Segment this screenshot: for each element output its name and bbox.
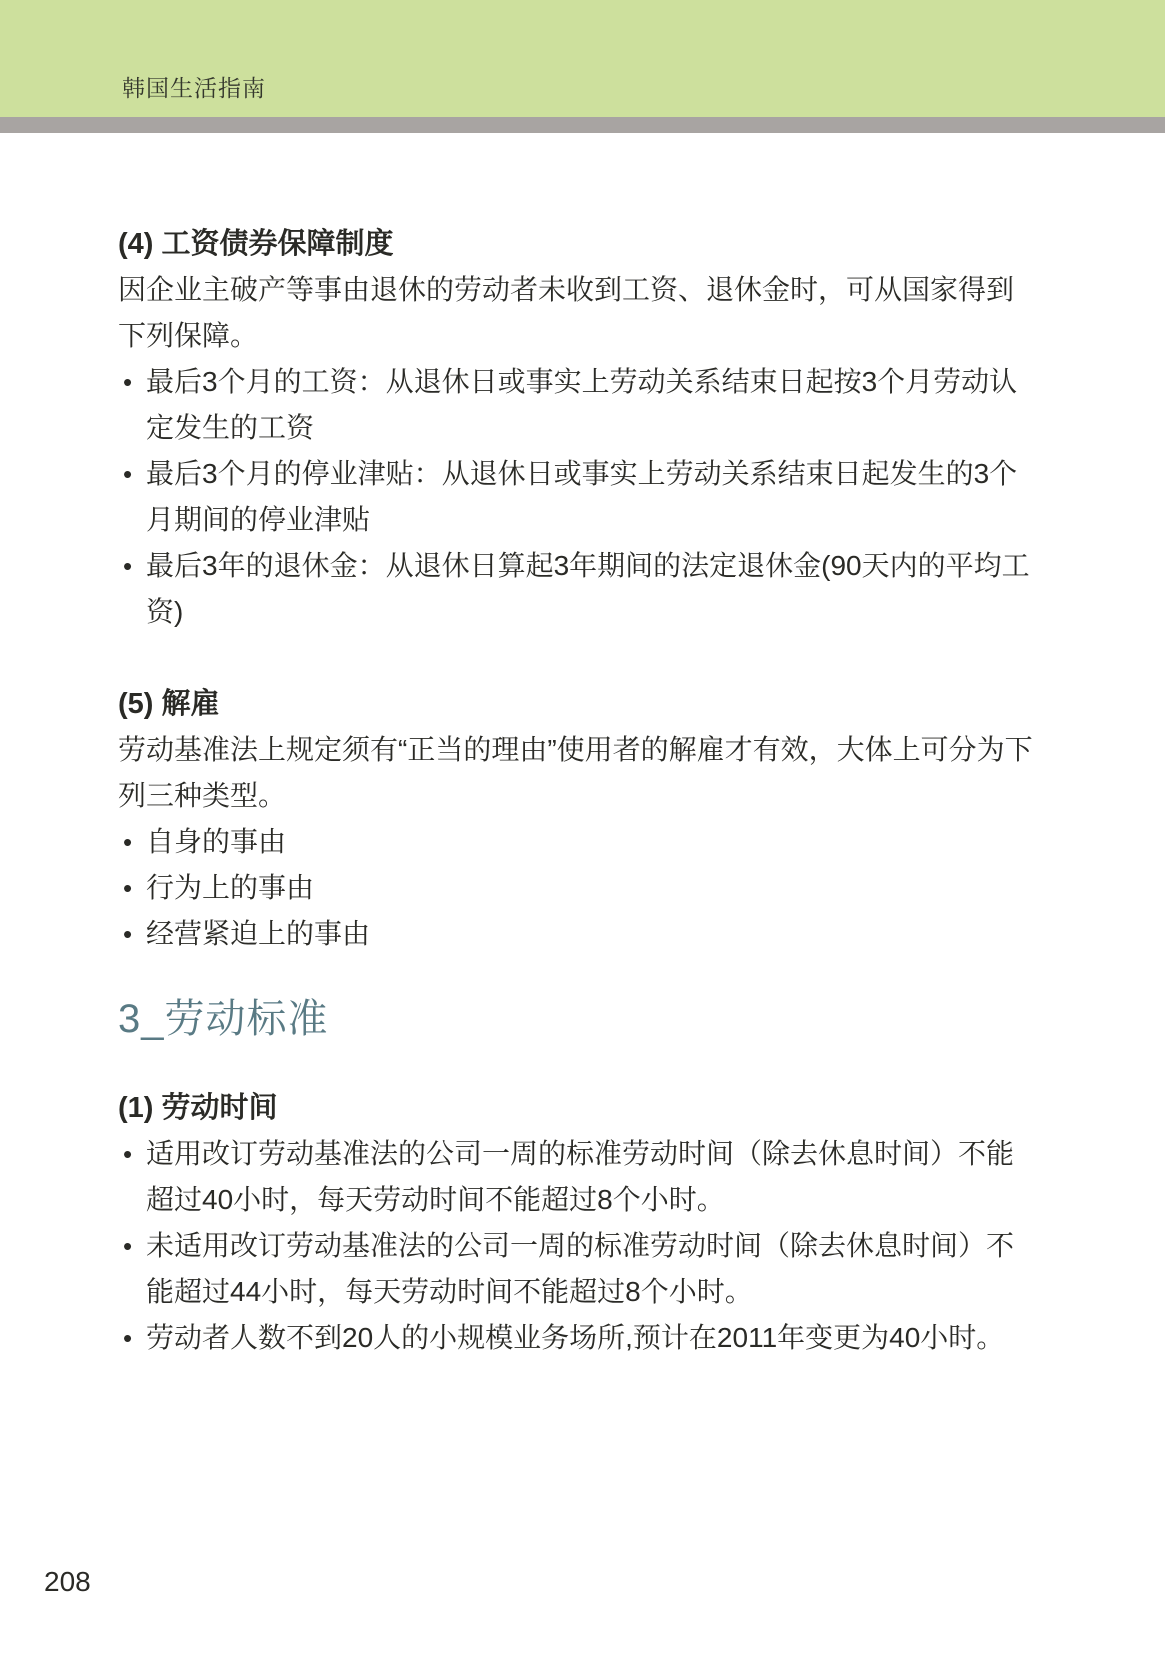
- bullet-dot: •: [123, 865, 132, 911]
- header-divider-bar: [0, 117, 1165, 133]
- chapter-heading-labor-standard: 3_劳动标准: [118, 993, 1038, 1045]
- bullet-text: 最后3个月的工资：从退休日或事实上劳动关系结束日起按3个月劳动认定发生的工资: [146, 366, 1017, 443]
- list-item: • 自身的事由: [118, 819, 1038, 865]
- running-header-title: 韩国生活指南: [122, 77, 266, 100]
- section-heading-dismissal: (5) 解雇: [118, 681, 1038, 727]
- bullet-dot: •: [123, 451, 132, 497]
- section-wage-claim-guarantee: (4) 工资债券保障制度 因企业主破产等事由退休的劳动者未收到工资、退休金时，可…: [118, 221, 1038, 635]
- bullet-dot: •: [123, 1315, 132, 1361]
- list-item: • 劳动者人数不到20人的小规模业务场所,预计在2011年变更为40小时。: [118, 1315, 1038, 1361]
- section-intro-dismissal: 劳动基准法上规定须有“正当的理由”使用者的解雇才有效，大体上可分为下列三种类型。: [118, 727, 1038, 819]
- list-item: • 最后3个月的停业津贴：从退休日或事实上劳动关系结束日起发生的3个月期间的停业…: [118, 451, 1038, 543]
- bullet-dot: •: [123, 1223, 132, 1269]
- bullet-text: 自身的事由: [146, 826, 286, 857]
- section-heading-wage-claim: (4) 工资债券保障制度: [118, 221, 1038, 267]
- list-item: • 行为上的事由: [118, 865, 1038, 911]
- bullet-text: 经营紧迫上的事由: [146, 918, 370, 949]
- bullet-dot: •: [123, 1131, 132, 1177]
- document-page: 韩国生活指南 (4) 工资债券保障制度 因企业主破产等事由退休的劳动者未收到工资…: [0, 0, 1165, 1361]
- bullet-text: 行为上的事由: [146, 872, 314, 903]
- section-intro-wage-claim: 因企业主破产等事由退休的劳动者未收到工资、退休金时，可从国家得到下列保障。: [118, 267, 1038, 359]
- section-heading-working-hours: (1) 劳动时间: [118, 1085, 1038, 1131]
- section-dismissal: (5) 解雇 劳动基准法上规定须有“正当的理由”使用者的解雇才有效，大体上可分为…: [118, 681, 1038, 957]
- page-body: (4) 工资债券保障制度 因企业主破产等事由退休的劳动者未收到工资、退休金时，可…: [0, 133, 1165, 1361]
- page-number: 208: [44, 1566, 91, 1597]
- list-item: • 适用改订劳动基准法的公司一周的标准劳动时间（除去休息时间）不能超过40小时，…: [118, 1131, 1038, 1223]
- list-item: • 最后3个月的工资：从退休日或事实上劳动关系结束日起按3个月劳动认定发生的工资: [118, 359, 1038, 451]
- bullet-text: 劳动者人数不到20人的小规模业务场所,预计在2011年变更为40小时。: [146, 1322, 1004, 1353]
- bullet-text: 适用改订劳动基准法的公司一周的标准劳动时间（除去休息时间）不能超过40小时，每天…: [146, 1138, 1014, 1215]
- section-working-hours: (1) 劳动时间 • 适用改订劳动基准法的公司一周的标准劳动时间（除去休息时间）…: [118, 1085, 1038, 1361]
- bullet-list-working-hours: • 适用改订劳动基准法的公司一周的标准劳动时间（除去休息时间）不能超过40小时，…: [118, 1131, 1038, 1361]
- page-header: 韩国生活指南: [0, 0, 1165, 117]
- bullet-list-wage-claim: • 最后3个月的工资：从退休日或事实上劳动关系结束日起按3个月劳动认定发生的工资…: [118, 359, 1038, 635]
- bullet-text: 最后3个月的停业津贴：从退休日或事实上劳动关系结束日起发生的3个月期间的停业津贴: [146, 458, 1017, 535]
- bullet-text: 最后3年的退休金：从退休日算起3年期间的法定退休金(90天内的平均工资): [146, 550, 1030, 627]
- page-footer: 208: [44, 1568, 91, 1596]
- bullet-text: 未适用改订劳动基准法的公司一周的标准劳动时间（除去休息时间）不能超过44小时，每…: [146, 1230, 1014, 1307]
- list-item: • 经营紧迫上的事由: [118, 911, 1038, 957]
- list-item: • 未适用改订劳动基准法的公司一周的标准劳动时间（除去休息时间）不能超过44小时…: [118, 1223, 1038, 1315]
- bullet-dot: •: [123, 359, 132, 405]
- bullet-dot: •: [123, 543, 132, 589]
- bullet-dot: •: [123, 911, 132, 957]
- bullet-dot: •: [123, 819, 132, 865]
- bullet-list-dismissal: • 自身的事由 • 行为上的事由 • 经营紧迫上的事由: [118, 819, 1038, 957]
- list-item: • 最后3年的退休金：从退休日算起3年期间的法定退休金(90天内的平均工资): [118, 543, 1038, 635]
